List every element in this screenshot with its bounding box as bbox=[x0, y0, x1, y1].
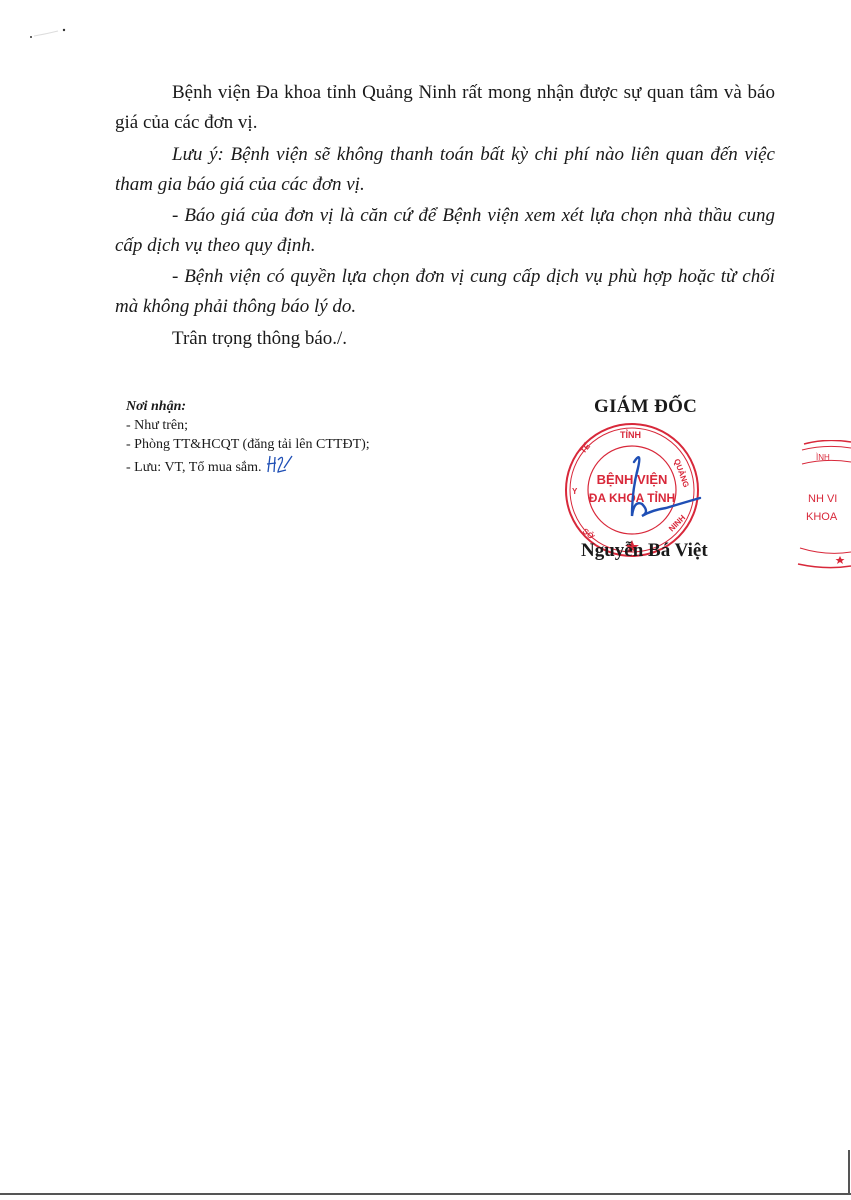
paragraph-text: - Bệnh viện có quyền lựa chọn đơn vị cun… bbox=[115, 266, 775, 317]
note-item-2: - Bệnh viện có quyền lựa chọn đơn vị cun… bbox=[115, 262, 775, 322]
signature-title: GIÁM ĐỐC bbox=[594, 396, 697, 418]
paragraph-text: Lưu ý: Bệnh viện sẽ không thanh toán bất… bbox=[115, 144, 775, 195]
recipients-block: Nơi nhận: - Như trên; - Phòng TT&HCQT (đ… bbox=[126, 397, 370, 477]
recipient-text: - Lưu: VT, Tổ mua sắm. bbox=[126, 460, 262, 475]
svg-text:TẾ: TẾ bbox=[578, 441, 593, 456]
svg-text:NH VI: NH VI bbox=[808, 493, 837, 505]
note-item-1: - Báo giá của đơn vị là căn cứ để Bệnh v… bbox=[115, 201, 775, 261]
svg-text:Y: Y bbox=[572, 487, 578, 496]
svg-text:TỈNH: TỈNH bbox=[620, 429, 641, 440]
recipients-heading: Nơi nhận: bbox=[126, 397, 370, 416]
paragraph-text: - Báo giá của đơn vị là căn cứ để Bệnh v… bbox=[115, 205, 775, 256]
handwritten-initials-icon bbox=[264, 454, 294, 474]
page-right-border bbox=[848, 1150, 850, 1195]
official-seal-stamp: TỈNH QUẢNG NINH SỞ Y TẾ BỆNH VIỆN ĐA KHO… bbox=[562, 420, 702, 560]
svg-text:BỆNH VIỆN: BỆNH VIỆN bbox=[597, 472, 668, 487]
closing-paragraph: Bệnh viện Đa khoa tỉnh Quảng Ninh rất mo… bbox=[115, 78, 775, 138]
recipient-item: - Phòng TT&HCQT (đăng tải lên CTTĐT); bbox=[126, 435, 370, 454]
scan-speck-marks bbox=[28, 28, 68, 42]
svg-text:KHOA: KHOA bbox=[806, 511, 838, 523]
recipient-item: - Như trên; bbox=[126, 416, 370, 435]
signer-name: Nguyễn Bá Việt bbox=[581, 540, 708, 562]
paragraph-text: Bệnh viện Đa khoa tỉnh Quảng Ninh rất mo… bbox=[115, 82, 775, 133]
regards-line: Trân trọng thông báo./. bbox=[115, 324, 775, 354]
recipient-item: - Lưu: VT, Tổ mua sắm. bbox=[126, 454, 370, 477]
partial-seal-stamp: ÌNH NH VI KHOA bbox=[796, 440, 851, 570]
page-bottom-border bbox=[0, 1193, 851, 1195]
document-page: Bệnh viện Đa khoa tỉnh Quảng Ninh rất mo… bbox=[0, 0, 851, 1200]
note-paragraph: Lưu ý: Bệnh viện sẽ không thanh toán bất… bbox=[115, 140, 775, 200]
paragraph-text: Trân trọng thông báo./. bbox=[172, 328, 347, 349]
